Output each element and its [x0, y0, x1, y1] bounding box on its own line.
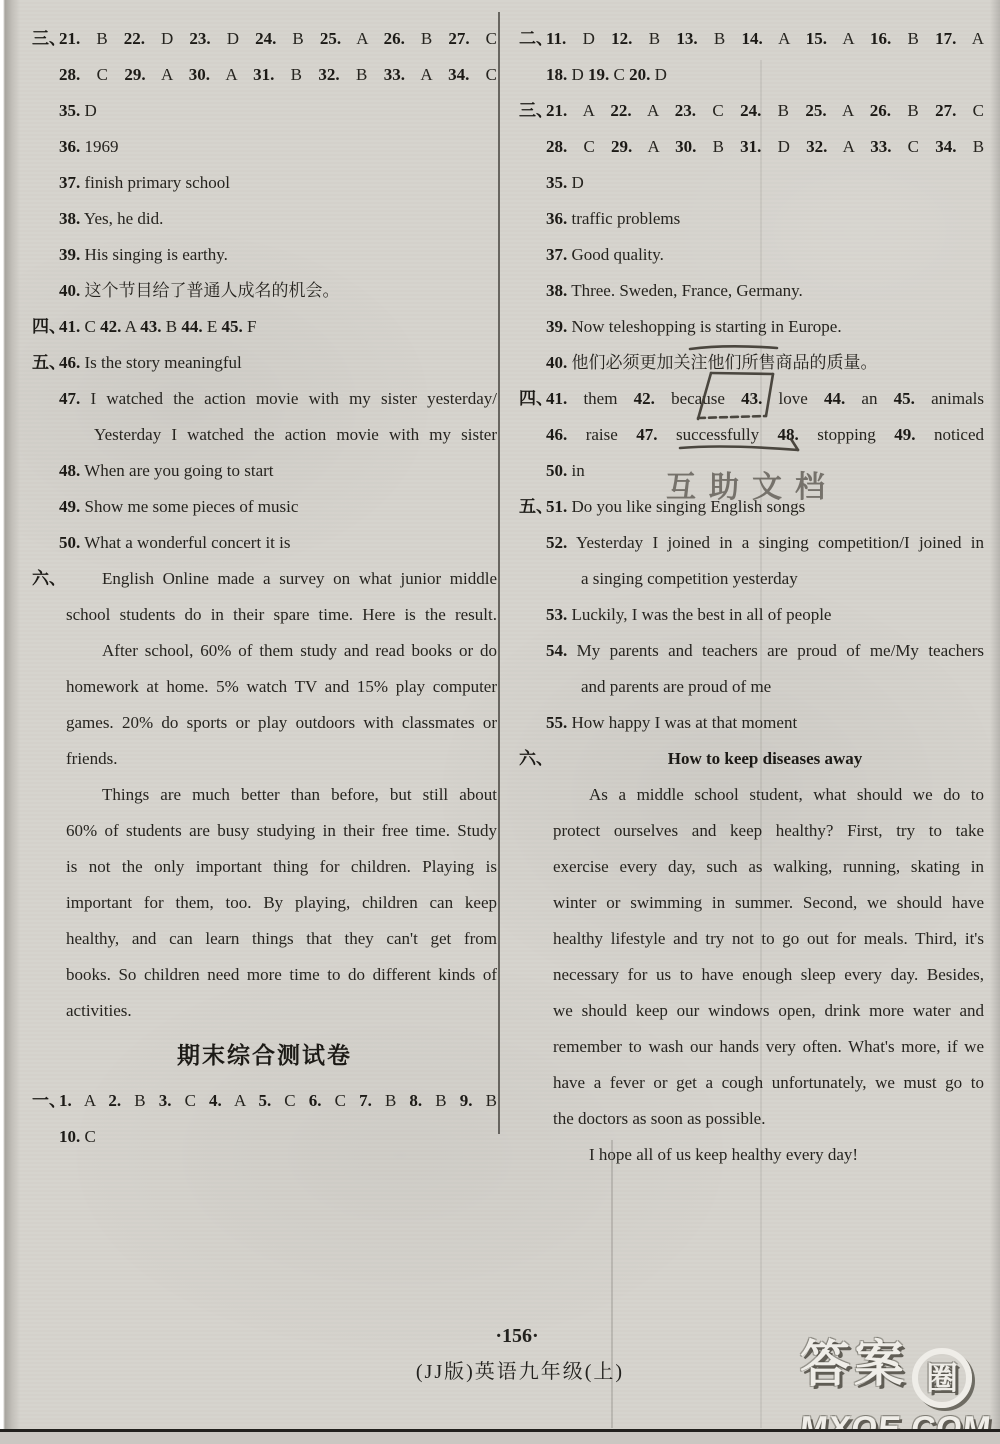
handwritten-pen-mark	[665, 333, 815, 463]
text-line: 四、41. C 42. A 43. B 44. E 45. F	[32, 309, 497, 345]
text-line: 37. Good quality.	[519, 237, 984, 273]
logo-chinese-text: 答案圈	[800, 1336, 1000, 1408]
text-line: homework at home. 5% watch TV and 15% pl…	[32, 669, 497, 705]
text-line: is not the only important thing for chil…	[32, 849, 497, 885]
text-line: 三、21. A 22. A 23. C 24. B 25. A 26. B 27…	[519, 93, 984, 129]
text-line: 二、11. D 12. B 13. B 14. A 15. A 16. B 17…	[519, 21, 984, 57]
text-line: 36. traffic problems	[519, 201, 984, 237]
text-line: protect ourselves and keep healthy? Firs…	[519, 813, 984, 849]
text-line: Things are much better than before, but …	[32, 777, 497, 813]
text-line: 37. finish primary school	[32, 165, 497, 201]
text-line: exercise every day, such as walking, run…	[519, 849, 984, 885]
text-line: 52. Yesterday I joined in a singing comp…	[519, 525, 984, 561]
text-line: 三、21. B 22. D 23. D 24. B 25. A 26. B 27…	[32, 21, 497, 57]
column-divider-rule	[498, 12, 500, 1134]
text-line: the doctors as soon as possible.	[519, 1101, 984, 1137]
text-line: activities.	[32, 993, 497, 1029]
answers-column-left: 三、21. B 22. D 23. D 24. B 25. A 26. B 27…	[32, 21, 497, 1155]
text-line: remember to wash our hands very often. W…	[519, 1029, 984, 1065]
text-line: 35. D	[32, 93, 497, 129]
section-label: 二、	[519, 21, 553, 57]
section-label: 三、	[32, 21, 66, 57]
text-line: and parents are proud of me	[519, 669, 984, 705]
watermark-stamp-text: 互助文档	[666, 462, 926, 506]
text-line: friends.	[32, 741, 497, 777]
text-line: 10. C	[32, 1119, 497, 1155]
text-line: 六、English Online made a survey on what j…	[32, 561, 497, 597]
text-line: 36. 1969	[32, 129, 497, 165]
text-line: 50. What a wonderful concert it is	[32, 525, 497, 561]
text-line: 五、46. Is the story meaningful	[32, 345, 497, 381]
text-line: 47. I watched the action movie with my s…	[32, 381, 497, 417]
paper-crease	[611, 1140, 613, 1428]
text-line: 28. C 29. A 30. B 31. D 32. A 33. C 34. …	[519, 129, 984, 165]
text-line: we should keep our windows open, drink m…	[519, 993, 984, 1029]
text-line: a singing competition yesterday	[519, 561, 984, 597]
section-label: 一、	[32, 1083, 66, 1119]
text-line: 38. Three. Sweden, France, Germany.	[519, 273, 984, 309]
text-line: As a middle school student, what should …	[519, 777, 984, 813]
text-line: Yesterday I watched the action movie wit…	[32, 417, 497, 453]
section-label: 四、	[519, 381, 553, 417]
text-line: necessary for us to have enough sleep ev…	[519, 957, 984, 993]
text-line: 55. How happy I was at that moment	[519, 705, 984, 741]
text-line: healthy, and can learn things that they …	[32, 921, 497, 957]
publisher-watermark-logo: 答案圈 MXQE.COM	[800, 1336, 1000, 1444]
text-line: games. 20% do sports or play outdoors wi…	[32, 705, 497, 741]
text-line: 40. 这个节目给了普通人成名的机会。	[32, 273, 497, 309]
scan-right-edge-shadow	[990, 0, 1000, 1432]
text-line: books. So children need more time to do …	[32, 957, 497, 993]
section-label: 三、	[519, 93, 553, 129]
text-line: 53. Luckily, I was the best in all of pe…	[519, 597, 984, 633]
text-line: 60% of students are busy studying in the…	[32, 813, 497, 849]
text-line: important for them, too. By playing, chi…	[32, 885, 497, 921]
scan-left-edge-shadow	[0, 0, 20, 1432]
text-line: 48. When are you going to start	[32, 453, 497, 489]
text-line: 39. His singing is earthy.	[32, 237, 497, 273]
text-line: 18. D 19. C 20. D	[519, 57, 984, 93]
answers-column-right: 二、11. D 12. B 13. B 14. A 15. A 16. B 17…	[519, 21, 984, 1173]
text-line: healthy lifestyle and try not to go out …	[519, 921, 984, 957]
text-line: school students do in their spare time. …	[32, 597, 497, 633]
text-line: winter or swimming in summer. Second, we…	[519, 885, 984, 921]
text-line: After school, 60% of them study and read…	[32, 633, 497, 669]
section-label: 六、	[32, 561, 66, 597]
section-heading: 期末综合测试卷	[32, 1029, 497, 1083]
essay-title-line: 六、How to keep diseases away	[519, 741, 984, 777]
text-line: 54. My parents and teachers are proud of…	[519, 633, 984, 669]
text-line: I hope all of us keep healthy every day!	[519, 1137, 984, 1173]
section-label: 六、	[519, 741, 553, 777]
text-line: 一、1. A 2. B 3. C 4. A 5. C 6. C 7. B 8. …	[32, 1083, 497, 1119]
text-line: 35. D	[519, 165, 984, 201]
section-label: 五、	[32, 345, 66, 381]
section-label: 四、	[32, 309, 66, 345]
text-line: 38. Yes, he did.	[32, 201, 497, 237]
logo-circle-icon: 圈	[912, 1348, 972, 1408]
text-line: have a fever or get a cough unfortunatel…	[519, 1065, 984, 1101]
section-label: 五、	[519, 489, 553, 525]
scan-bottom-strip	[0, 1432, 1000, 1444]
text-line: 28. C 29. A 30. A 31. B 32. B 33. A 34. …	[32, 57, 497, 93]
text-line: 49. Show me some pieces of music	[32, 489, 497, 525]
